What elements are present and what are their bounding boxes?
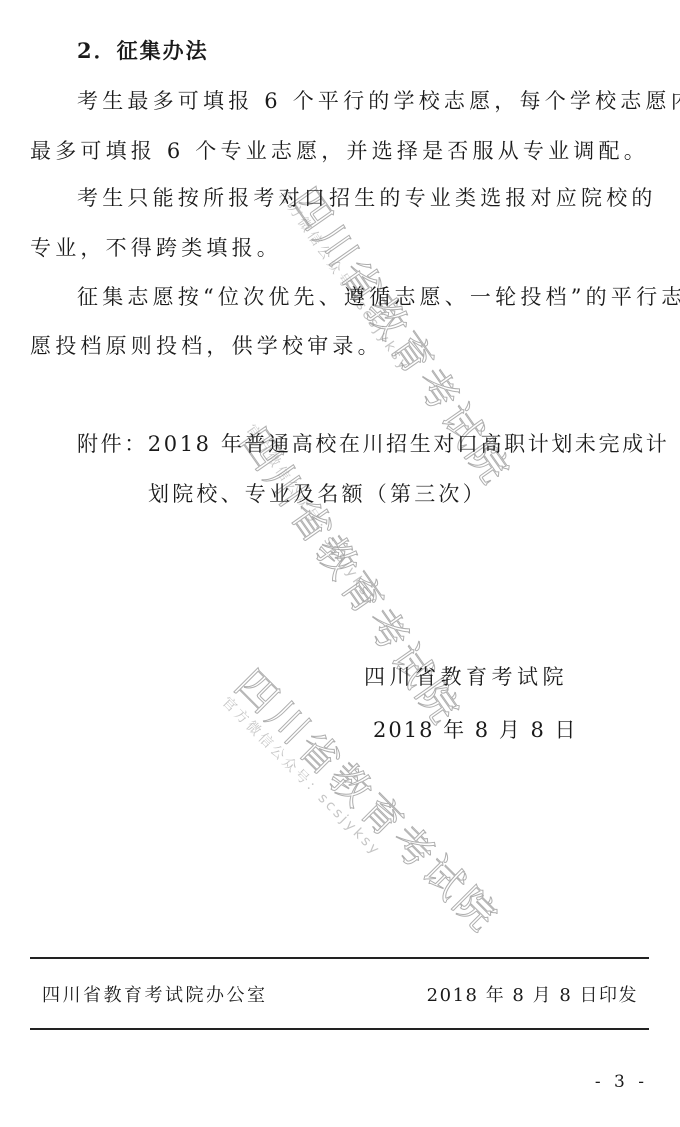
paragraph-2-line-1: 考生只能按所报考对口招生的专业类选报对应院校的 — [77, 185, 657, 211]
watermark-title-lower: 四川省教育考试院 — [225, 655, 514, 944]
paragraph-3-line-2: 愿投档原则投档，供学校审录。 — [30, 333, 383, 359]
attachment-line-2: 划院校、专业及名额（第三次） — [148, 481, 487, 507]
paragraph-1-line-1: 考生最多可填报 6 个平行的学校志愿，每个学校志愿内 — [77, 88, 680, 114]
signature-date: 2018 年 8 月 8 日 — [373, 717, 578, 743]
footer-top-rule — [30, 957, 649, 959]
footer-bottom-rule — [30, 1028, 649, 1030]
footer-issuer: 四川省教育考试院办公室 — [42, 984, 268, 1008]
section-heading: 2．征集办法 — [77, 38, 209, 64]
signature-organization: 四川省教育考试院 — [364, 664, 568, 690]
paragraph-1-line-2: 最多可填报 6 个专业志愿，并选择是否服从专业调配。 — [30, 138, 649, 164]
footer-issue-date: 2018 年 8 月 8 日印发 — [427, 984, 638, 1008]
paragraph-3-line-1: 征集志愿按“位次优先、遵循志愿、一轮投档”的平行志 — [77, 284, 680, 310]
page-number: - 3 - — [595, 1072, 648, 1092]
attachment-line-1: 附件：2018 年普通高校在川招生对口高职计划未完成计 — [77, 431, 669, 457]
watermark-subtitle-lower: 官方微信公众号：scsjyksy — [218, 692, 386, 860]
paragraph-2-line-2: 专业，不得跨类填报。 — [30, 235, 282, 261]
